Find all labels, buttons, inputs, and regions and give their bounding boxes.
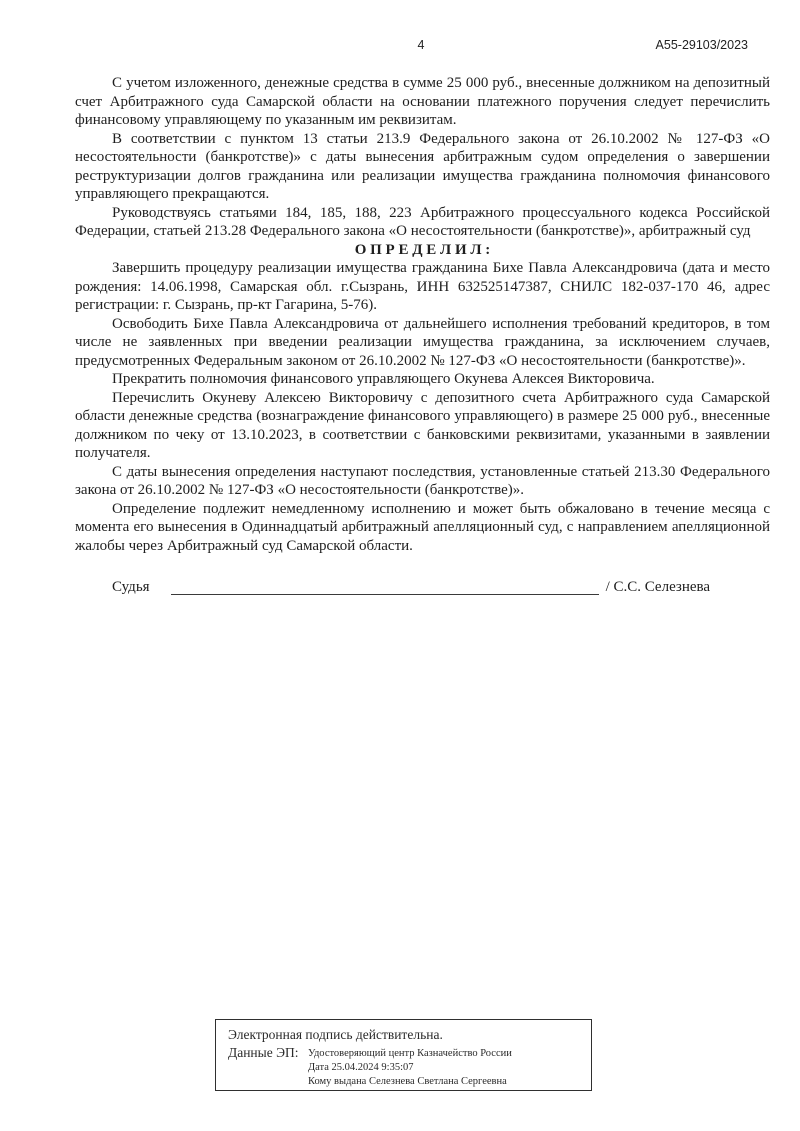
paragraph: Руководствуясь статьями 184, 185, 188, 2… [75,204,770,241]
paragraph: С учетом изложенного, денежные средства … [75,74,770,130]
judge-label: Судья [112,578,150,597]
resolution-paragraph: С даты вынесения определения наступают п… [75,463,770,500]
judge-signature-row: Судья / С.С. Селезнева [75,578,770,597]
resolution-paragraph: Прекратить полномочия финансового управл… [75,370,770,389]
page-header: 4 А55-29103/2023 [0,38,800,54]
esign-data-label: Данные ЭП: [228,1045,308,1089]
resolution-paragraph: Определение подлежит немедленному исполн… [75,500,770,556]
case-number: А55-29103/2023 [656,38,748,52]
paragraph: В соответствии с пунктом 13 статьи 213.9… [75,130,770,204]
document-body: С учетом изложенного, денежные средства … [75,74,770,597]
esign-validity-text: Электронная подпись действительна. [228,1027,583,1043]
esign-stamp-box: Электронная подпись действительна. Данны… [215,1019,592,1091]
esign-data-row: Данные ЭП: Удостоверяющий центр Казначей… [228,1045,583,1089]
resolution-paragraph: Перечислить Окуневу Алексею Викторовичу … [75,389,770,463]
esign-issued-to: Кому выдана Селезнева Светлана Сергеевна [308,1075,512,1089]
esign-authority: Удостоверяющий центр Казначейство России [308,1047,512,1061]
resolution-paragraph: Завершить процедуру реализации имущества… [75,259,770,315]
judge-name: / С.С. Селезнева [606,578,711,597]
court-ruling-page: 4 А55-29103/2023 С учетом изложенного, д… [0,0,800,1131]
resolution-heading: О П Р Е Д Е Л И Л : [75,241,770,260]
esign-data-values: Удостоверяющий центр Казначейство России… [308,1045,512,1089]
resolution-paragraph: Освободить Бихе Павла Александровича от … [75,315,770,371]
signature-line [171,581,599,595]
esign-date: Дата 25.04.2024 9:35:07 [308,1061,512,1075]
page-number: 4 [418,38,425,52]
